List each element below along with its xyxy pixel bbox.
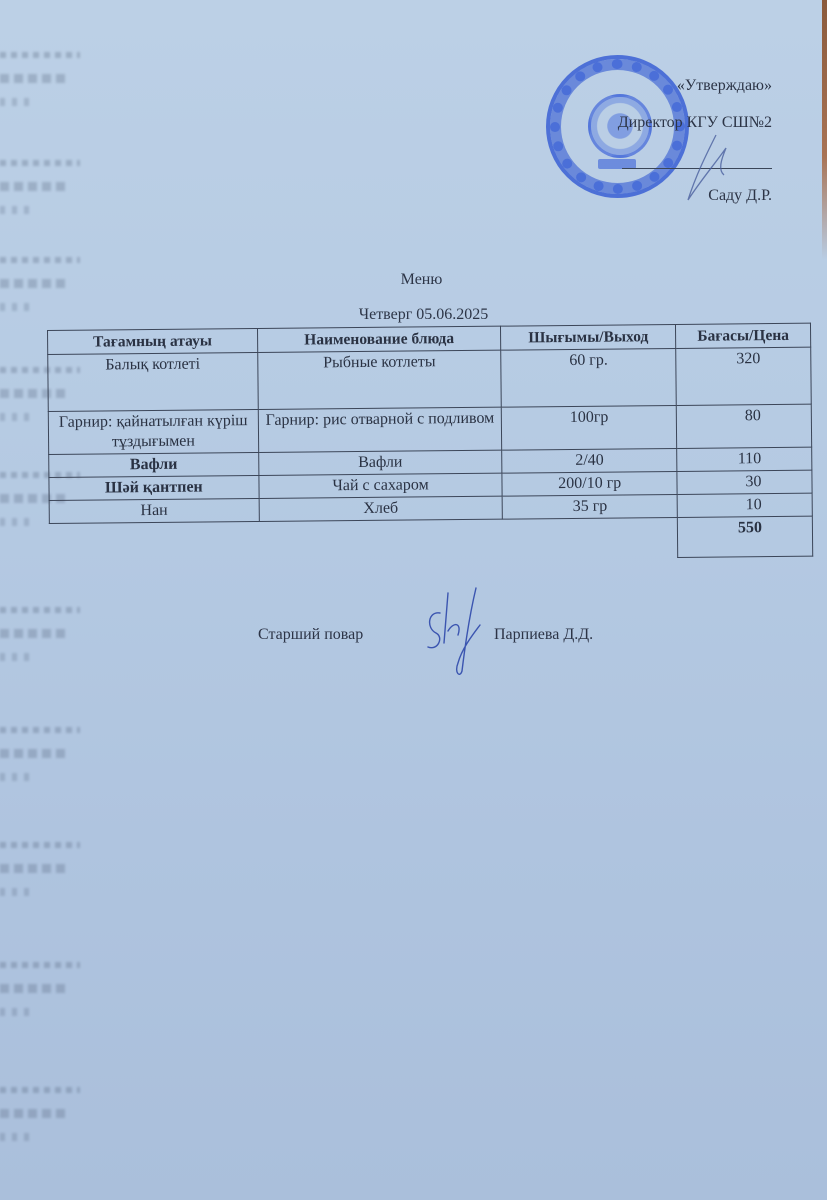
cell-kz-name: Шәй қантпен bbox=[49, 475, 259, 500]
cell-yield: 100гр bbox=[502, 405, 677, 450]
cell-yield: 2/40 bbox=[502, 448, 677, 473]
cell-yield: 35 гр bbox=[502, 494, 677, 519]
bleed-through-text bbox=[0, 40, 95, 115]
chef-signature-icon bbox=[418, 583, 488, 678]
header-kz-name: Тағамның атауы bbox=[48, 328, 258, 354]
wooden-surface-edge bbox=[822, 0, 827, 260]
bleed-through-text bbox=[0, 950, 95, 1025]
cell-yield: 200/10 гр bbox=[502, 471, 677, 496]
approval-position: Директор КГУ СШ№2 bbox=[618, 115, 772, 131]
cell-kz-name: Вафли bbox=[49, 452, 259, 477]
chef-name: Парпиева Д.Д. bbox=[494, 626, 593, 644]
cell-ru-name: Вафли bbox=[258, 450, 502, 475]
cell-ru-name: Чай с сахаром bbox=[259, 473, 503, 498]
cell-price: 10 bbox=[677, 493, 812, 517]
cell-ru-name: Хлеб bbox=[259, 496, 503, 521]
table-total-row: 550 bbox=[49, 516, 812, 563]
bleed-through-text bbox=[0, 148, 95, 223]
cell-kz-name: Гарнир: қайнатылған күріш тұздығымен bbox=[48, 409, 258, 454]
cell-kz-name: Балық котлеті bbox=[48, 352, 258, 411]
total-price: 550 bbox=[677, 516, 812, 557]
table-row: Гарнир: қайнатылған күріш тұздығымен Гар… bbox=[48, 404, 811, 454]
document-title: Меню bbox=[8, 271, 827, 289]
bleed-through-text bbox=[0, 715, 95, 790]
cell-ru-name: Рыбные котлеты bbox=[257, 350, 501, 409]
menu-table: Тағамның атауы Наименование блюда Шығымы… bbox=[47, 323, 813, 564]
header-ru-name: Наименование блюда bbox=[257, 326, 501, 352]
cell-yield: 60 гр. bbox=[501, 348, 676, 407]
header-price: Бағасы/Цена bbox=[676, 323, 811, 348]
cell-price: 320 bbox=[676, 347, 811, 405]
cell-price: 30 bbox=[677, 470, 812, 494]
bleed-through-text bbox=[0, 1075, 95, 1150]
header-yield: Шығымы/Выход bbox=[501, 324, 676, 350]
bleed-through-text bbox=[0, 595, 95, 670]
chef-role: Старший повар bbox=[258, 626, 363, 644]
approval-label: «Утверждаю» bbox=[618, 78, 772, 94]
cell-price: 110 bbox=[677, 447, 812, 471]
cell-ru-name: Гарнир: рис отварной с подливом bbox=[258, 407, 502, 452]
document-date: Четверг 05.06.2025 bbox=[10, 306, 827, 324]
director-signature-icon bbox=[676, 130, 736, 205]
bleed-through-text bbox=[0, 830, 95, 905]
cell-kz-name: Нан bbox=[49, 498, 259, 523]
table-row: Балық котлеті Рыбные котлеты 60 гр. 320 bbox=[48, 347, 812, 411]
cell-price: 80 bbox=[676, 404, 811, 448]
